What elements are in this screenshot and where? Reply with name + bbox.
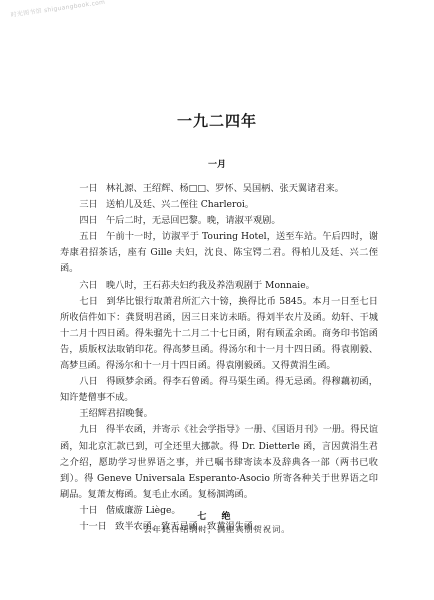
month-heading: 一月	[0, 157, 434, 170]
entry-text: 林礼源、王绍辉、杨□□、罗怀、吴国柄、张天翼诸君来。	[106, 183, 344, 194]
diary-entry: 九日得半农函，并寄示《社会学指导》一册、《国语月刊》一册。得民谊函，知北京汇款已…	[60, 422, 378, 502]
diary-entries: 一日林礼源、王绍辉、杨□□、罗怀、吴国柄、张天翼诸君来。 三日送柏儿及廷、兴二侄…	[60, 181, 378, 535]
entry-day: 三日	[79, 199, 97, 210]
diary-entry: 一日林礼源、王绍辉、杨□□、罗怀、吴国柄、张天翼诸君来。	[60, 181, 378, 197]
year-heading: 一九二四年	[0, 110, 434, 131]
entry-text: 到华比银行取萧君所汇六十镑，换得比币 5845。本月一日至七日所收信件如下：龚贤…	[60, 296, 378, 371]
poem-title: 七 绝	[0, 509, 434, 522]
diary-entry: 三日送柏儿及廷、兴二侄往 Charleroi。	[60, 197, 378, 213]
entry-day: 四日	[79, 215, 97, 226]
entry-day: 六日	[79, 280, 97, 291]
entry-text: 王绍辉君招晚餐。	[79, 408, 153, 419]
poem-line: 去年此日结缡时，满座宾朋贺祝词。	[0, 524, 434, 535]
diary-entry: 王绍辉君招晚餐。	[60, 406, 378, 422]
entry-day: 八日	[79, 376, 98, 387]
diary-entry: 四日午后二时，无忌回巴黎。晚，请淑平观剧。	[60, 213, 378, 229]
entry-day: 五日	[79, 231, 98, 242]
entry-day: 一日	[79, 183, 97, 194]
diary-entry: 六日晚八时，王石荪夫妇约我及养浩观剧于 Monnaie。	[60, 278, 378, 294]
entry-text: 午前十一时，访淑平于 Touring Hotel，送至车站。午后四时，谢寿康君招…	[60, 231, 378, 274]
entry-text: 得顾梦余函。得李石曾函。得马渠生函。得无忌函。得穆藕初函，知许楚僧事不成。	[60, 376, 378, 403]
diary-entry: 八日得顾梦余函。得李石曾函。得马渠生函。得无忌函。得穆藕初函，知许楚僧事不成。	[60, 374, 378, 406]
entry-text: 得半农函，并寄示《社会学指导》一册、《国语月刊》一册。得民谊函，知北京汇款已到，…	[60, 424, 378, 499]
entry-text: 晚八时，王石荪夫妇约我及养浩观剧于 Monnaie。	[106, 280, 315, 291]
diary-entry: 七日到华比银行取萧君所汇六十镑，换得比币 5845。本月一日至七日所收信件如下：…	[60, 294, 378, 374]
entry-text: 送柏儿及廷、兴二侄往 Charleroi。	[106, 199, 254, 210]
entry-text: 午后二时，无忌回巴黎。晚，请淑平观剧。	[106, 215, 281, 226]
entry-day: 七日	[79, 296, 98, 307]
watermark: 时光图书馆 shiguangbook.com	[10, 0, 106, 19]
entry-day: 九日	[79, 424, 97, 435]
diary-entry: 五日午前十一时，访淑平于 Touring Hotel，送至车站。午后四时，谢寿康…	[60, 229, 378, 277]
